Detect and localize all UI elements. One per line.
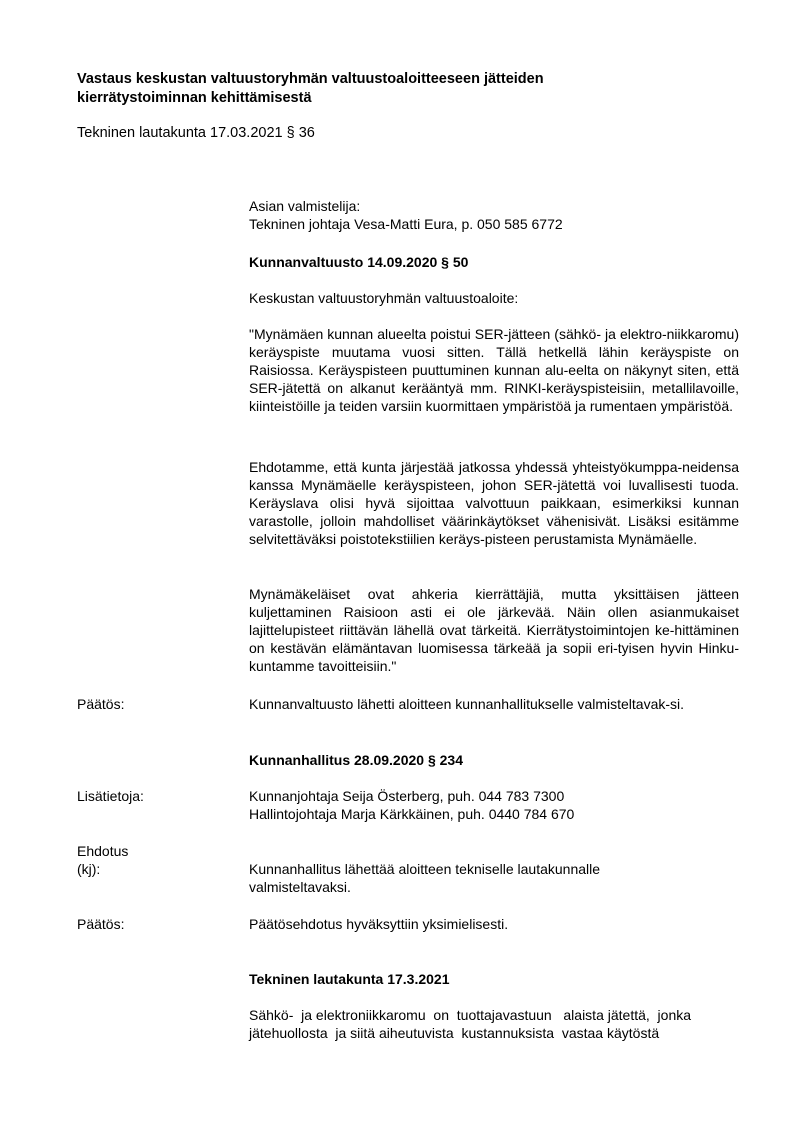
initiative-paragraph-1: "Mynämäen kunnan alueelta poistui SER-jä… (249, 325, 739, 415)
technical-text-line-1: Sähkö- ja elektroniikkaromu on tuottajav… (249, 1006, 739, 1024)
section-heading-council: Kunnanvaltuusto 14.09.2020 § 50 (249, 253, 739, 271)
preparer-label: Asian valmistelija: (249, 197, 739, 215)
title-line-2: kierrätystoiminnan kehittämisestä (77, 89, 737, 108)
proposal-label-line-1: Ehdotus (77, 842, 128, 860)
initiative-intro: Keskustan valtuustoryhmän valtuustoaloit… (249, 289, 739, 307)
info-contact-2: Hallintojohtaja Marja Kärkkäinen, puh. 0… (249, 805, 739, 823)
initiative-paragraph-2: Ehdotamme, että kunta järjestää jatkossa… (249, 458, 739, 548)
info-contact-1: Kunnanjohtaja Seija Österberg, puh. 044 … (249, 787, 739, 805)
decision-board: Päätösehdotus hyväksyttiin yksimielisest… (249, 915, 739, 933)
section-heading-technical: Tekninen lautakunta 17.3.2021 (249, 970, 739, 988)
title-line-1: Vastaus keskustan valtuustoryhmän valtuu… (77, 70, 737, 89)
proposal-label: Ehdotus (kj): (77, 842, 128, 878)
technical-text: Sähkö- ja elektroniikkaromu on tuottajav… (249, 1006, 739, 1042)
decision-council: Kunnanvaltuusto lähetti aloitteen kunnan… (249, 695, 739, 713)
section-heading-board: Kunnanhallitus 28.09.2020 § 234 (249, 751, 739, 769)
document-page: Vastaus keskustan valtuustoryhmän valtuu… (0, 0, 794, 1122)
proposal-text: Kunnanhallitus lähettää aloitteen teknis… (249, 860, 689, 896)
technical-text-line-2: jätehuollosta ja siitä aiheutuvista kust… (249, 1024, 739, 1042)
proposal-label-line-2: (kj): (77, 860, 128, 878)
document-title: Vastaus keskustan valtuustoryhmän valtuu… (77, 70, 737, 108)
decision-label-council: Päätös: (77, 695, 124, 713)
preparer-block: Asian valmistelija: Tekninen johtaja Ves… (249, 197, 739, 233)
decision-label-board: Päätös: (77, 915, 124, 933)
meeting-reference: Tekninen lautakunta 17.03.2021 § 36 (77, 124, 315, 143)
initiative-paragraph-3: Mynämäkeläiset ovat ahkeria kierrättäjiä… (249, 585, 739, 675)
info-block: Kunnanjohtaja Seija Österberg, puh. 044 … (249, 787, 739, 823)
preparer-name: Tekninen johtaja Vesa-Matti Eura, p. 050… (249, 215, 739, 233)
info-label: Lisätietoja: (77, 787, 144, 805)
